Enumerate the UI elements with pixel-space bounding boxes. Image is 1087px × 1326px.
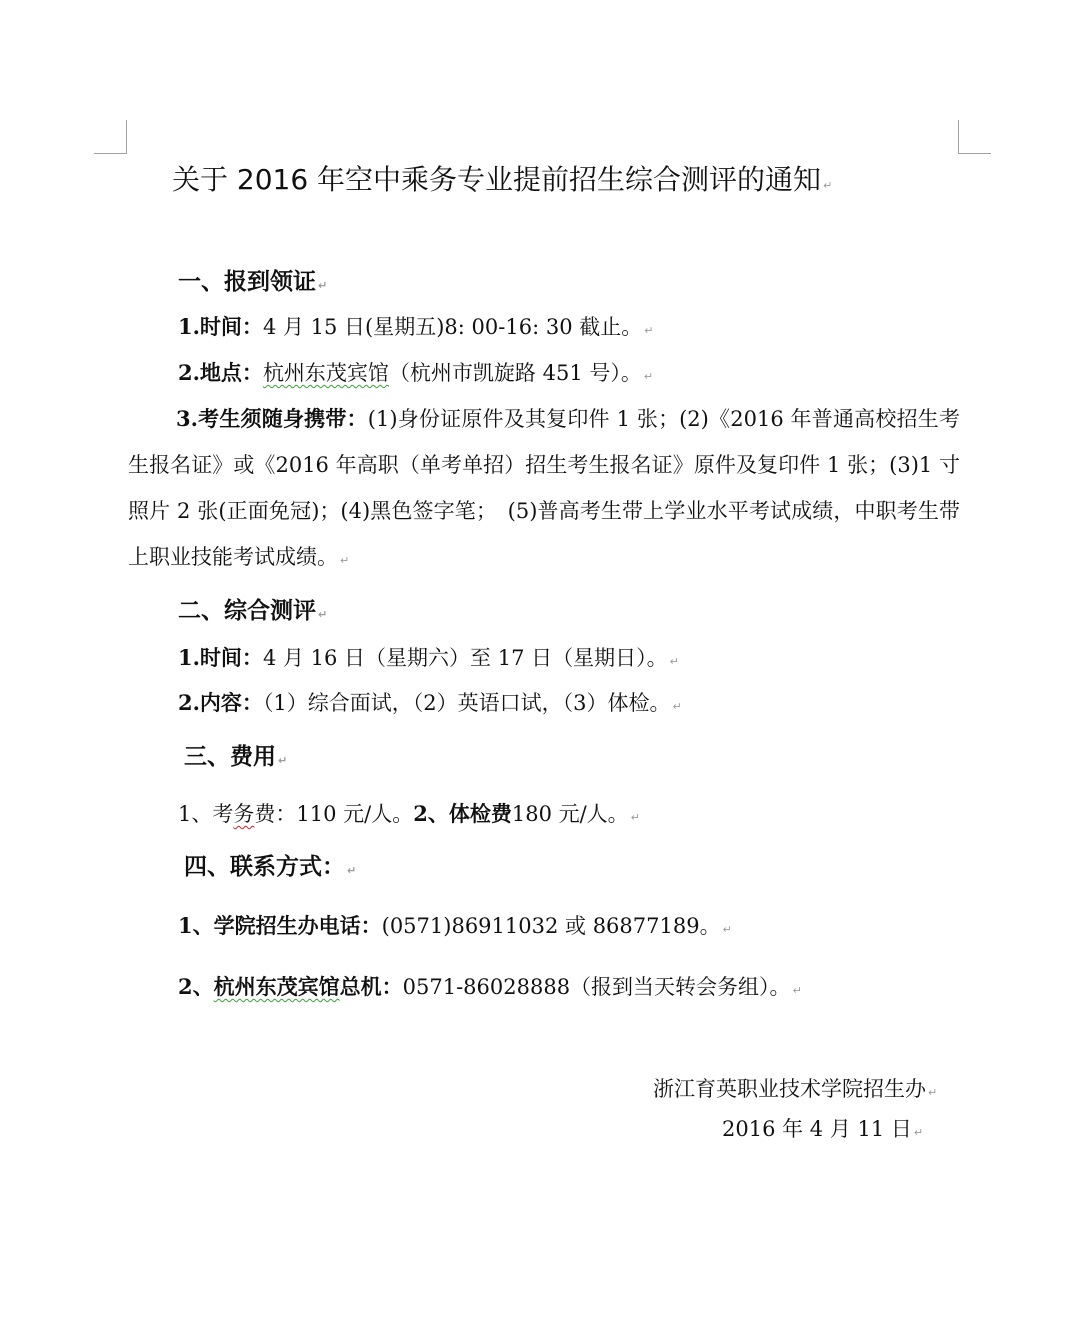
page-corner-mark-top-right	[958, 120, 991, 154]
heading-text: 二、综合测评	[178, 598, 316, 624]
paragraph-mark-icon: ↵	[631, 811, 640, 824]
paragraph-mark-icon: ↵	[914, 1126, 923, 1139]
paragraph-mark-icon: ↵	[823, 179, 832, 192]
paragraph-mark-icon: ↵	[318, 279, 327, 292]
paragraph-mark-icon: ↵	[673, 700, 682, 713]
section-2-item-1: 1.时间：4 月 16 日（星期六）至 17 日（星期日）。↵	[178, 643, 679, 677]
heading-text: 一、报到领证	[178, 269, 316, 295]
paragraph-mark-icon: ↵	[644, 370, 653, 383]
item-label: 3.考生须随身携带：	[176, 406, 368, 431]
date-text: 2016 年 4 月 11 日	[722, 1117, 912, 1141]
section-4-item-1: 1、学院招生办电话：(0571)86911032 或 86877189。↵	[178, 911, 732, 945]
section-3-item-1: 1、考务费：110 元/人。2、体检费180 元/人。↵	[178, 799, 640, 833]
phone-numbers: (0571)86911032 或 86877189。	[382, 914, 721, 938]
fee-label: 费：	[254, 802, 296, 826]
item-label: 总机：	[340, 974, 403, 999]
org-name: 浙江育英职业技术学院招生办	[653, 1077, 926, 1101]
section-4-item-2: 2、杭州东茂宾馆总机：0571-86028888（报到当天转会务组）。↵	[178, 972, 802, 1006]
item-text: （杭州市凯旋路 451 号）。	[389, 361, 642, 385]
section-heading-1: 一、报到领证↵	[178, 265, 327, 303]
venue-name: 杭州东茂宾馆	[214, 974, 340, 999]
fee-label-underlined: 务	[233, 802, 254, 826]
paragraph-mark-icon: ↵	[793, 984, 802, 997]
venue-name: 杭州东茂宾馆	[263, 361, 389, 385]
heading-text: 四、联系方式：	[184, 854, 345, 880]
paragraph-mark-icon: ↵	[644, 324, 653, 337]
paragraph-mark-icon: ↵	[723, 923, 732, 936]
section-1-item-3: 3.考生须随身携带：(1)身份证原件及其复印件 1 张；(2)《2016 年普通…	[128, 396, 960, 584]
section-1-item-2: 2.地点：杭州东茂宾馆（杭州市凯旋路 451 号）。↵	[178, 358, 653, 392]
paragraph-mark-icon: ↵	[928, 1086, 937, 1099]
paragraph-mark-icon: ↵	[278, 754, 287, 767]
item-label: 1.时间：	[178, 645, 263, 670]
item-label: 1、学院招生办电话：	[178, 913, 382, 938]
signature-date: 2016 年 4 月 11 日↵	[722, 1114, 923, 1148]
item-label: 2、	[178, 974, 214, 999]
paragraph-mark-icon: ↵	[670, 655, 679, 668]
heading-text: 三、费用	[184, 744, 276, 770]
page-corner-mark-top-left	[94, 120, 127, 154]
section-2-item-2: 2.内容：（1）综合面试，（2）英语口试，（3）体检。↵	[178, 688, 682, 722]
hotel-phone: 0571-86028888（报到当天转会务组）。	[403, 975, 791, 999]
fee-label: 1、考	[178, 802, 233, 826]
paragraph-mark-icon: ↵	[347, 864, 356, 877]
section-1-item-1: 1.时间：4 月 15 日(星期五)8: 00-16: 30 截止。↵	[178, 312, 653, 346]
item-text: 4 月 16 日（星期六）至 17 日（星期日）。	[263, 646, 668, 670]
section-heading-2: 二、综合测评↵	[178, 594, 327, 632]
item-label: 2.地点：	[178, 360, 263, 385]
paragraph-mark-icon: ↵	[318, 608, 327, 621]
paragraph-mark-icon: ↵	[340, 554, 349, 567]
title-text: 关于 2016 年空中乘务专业提前招生综合测评的通知	[172, 163, 821, 196]
item-text: (1)身份证原件及其复印件 1 张；(2)《2016 年普通高校招生考生报名证》…	[128, 407, 960, 569]
medical-fee-label: 2、体检费	[413, 801, 512, 826]
exam-fee-value: 110 元/人。	[296, 802, 413, 826]
item-text: （1）综合面试，（2）英语口试，（3）体检。	[263, 691, 671, 715]
item-text: 4 月 15 日(星期五)8: 00-16: 30 截止。	[263, 315, 642, 339]
section-heading-4: 四、联系方式：↵	[184, 850, 356, 888]
document-title: 关于 2016 年空中乘务专业提前招生综合测评的通知↵	[172, 160, 832, 206]
section-heading-3: 三、费用↵	[184, 740, 287, 778]
item-label: 1.时间：	[178, 314, 263, 339]
medical-fee-value: 180 元/人。	[512, 802, 629, 826]
signature-org: 浙江育英职业技术学院招生办↵	[653, 1074, 937, 1108]
item-label: 2.内容：	[178, 690, 263, 715]
